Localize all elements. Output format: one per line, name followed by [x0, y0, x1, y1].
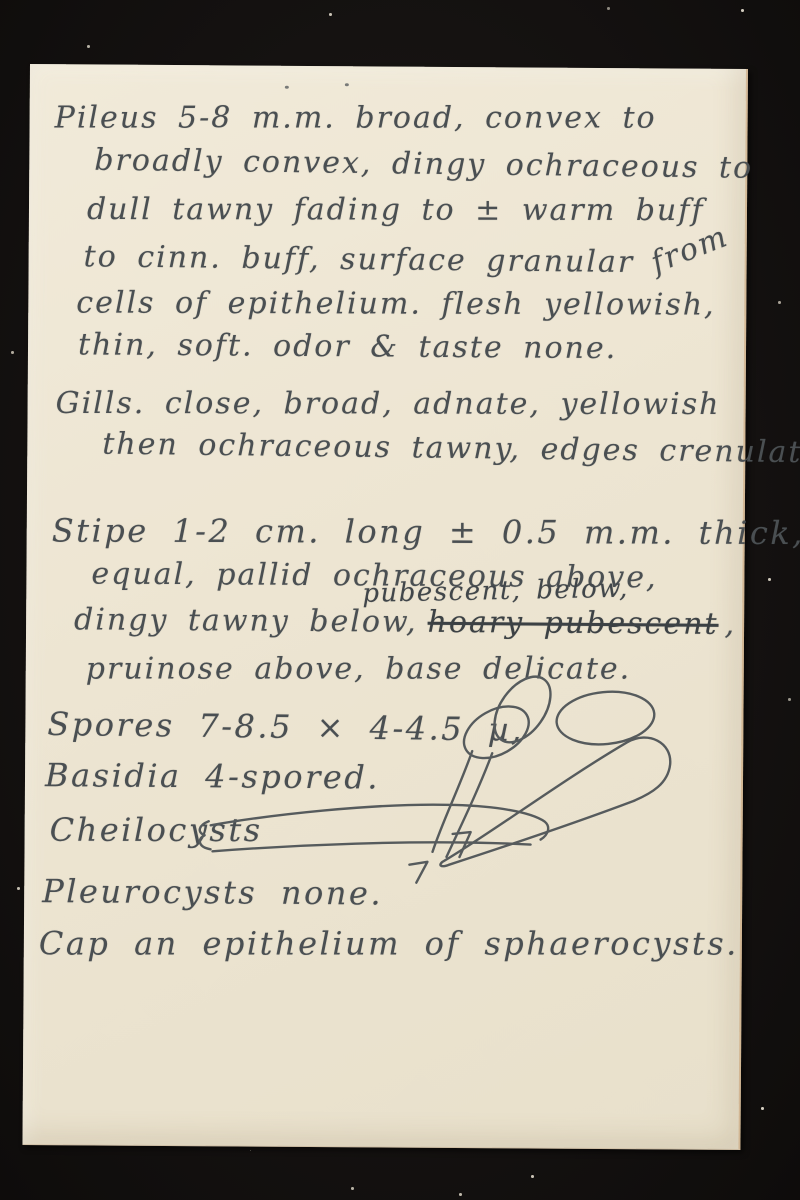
line-stipe-cont-2: dingy tawny below,hoary pubescent,pubesc…: [74, 602, 736, 642]
trailing-comma: ,: [724, 607, 736, 642]
line-pileus: Pileus 5-8 m.m. broad, convex to: [55, 100, 657, 135]
handwritten-note-card: Pileus 5-8 m.m. broad, convex to broadly…: [22, 64, 748, 1150]
line-text: dull tawny fading to ± warm buff: [87, 192, 705, 228]
pencil-dot: [285, 86, 289, 89]
line-text: to cinn. buff, surface granular: [83, 239, 634, 280]
line-pileus-cont-1: broadly convex, dingy ochraceous to: [94, 143, 753, 186]
dust-specks: [0, 0, 1, 1]
line-pileus-cont-5: thin, soft. odor & taste none.: [78, 327, 617, 366]
line-text: broadly convex, dingy ochraceous to: [94, 143, 753, 186]
line-gills-cont-1: then ochraceous tawny, edges crenulate.: [102, 427, 800, 471]
line-gills: Gills. close, broad, adnate, yellowish: [56, 386, 721, 422]
line-pileus-cont-4: cells of epithelium. flesh yellowish,: [76, 285, 715, 322]
line-text: Stipe 1-2 cm. long ± 0.5 m.m. thick,: [52, 511, 800, 552]
inserted-correction-text: pubescent, below,: [362, 574, 629, 609]
line-text: then ochraceous tawny, edges crenulate.: [102, 427, 800, 471]
struck-out-text: hoary pubescent: [428, 605, 719, 642]
line-pileus-cont-3: to cinn. buff, surface granularfrom: [83, 239, 728, 281]
line-text: Gills. close, broad, adnate, yellowish: [56, 386, 721, 422]
line-text: cells of epithelium. flesh yellowish,: [76, 285, 715, 322]
cheilocystidia-sketch: [174, 649, 756, 943]
line-text: Pileus 5-8 m.m. broad, convex to: [55, 100, 657, 135]
pencil-dot: [345, 83, 349, 86]
line-stipe: Stipe 1-2 cm. long ± 0.5 m.m. thick,: [52, 511, 800, 552]
line-tail-word: from: [646, 219, 733, 281]
photograph-of-note-card: { "photo": { "background_color": "#17141…: [0, 0, 800, 1200]
line-pileus-cont-2: dull tawny fading to ± warm buff: [87, 192, 705, 228]
line-text: thin, soft. odor & taste none.: [78, 327, 617, 366]
